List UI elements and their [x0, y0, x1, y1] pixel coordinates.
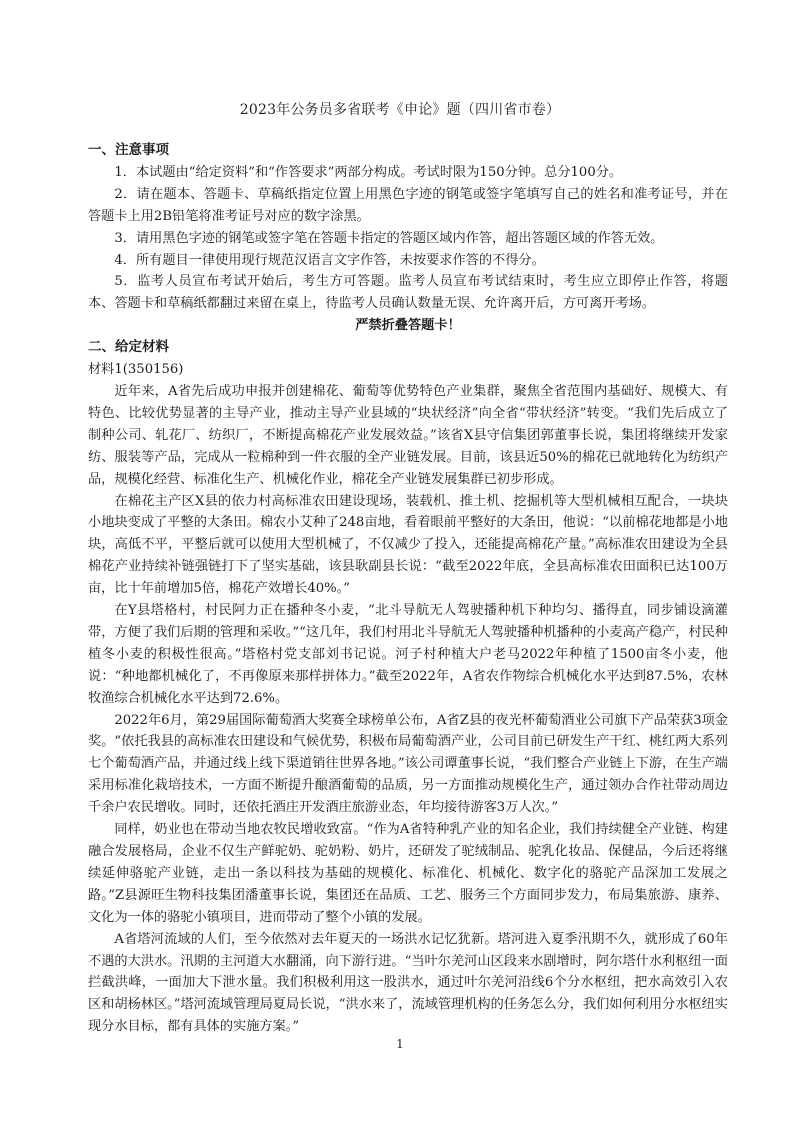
material-paragraph: 在棉花主产区X县的依力村高标准农田建设现场，装载机、推土机、挖掘机等大型机械相互…: [88, 491, 728, 601]
document-page: 2023年公务员多省联考《申论》题（四川省市卷） 一、注意事项 1．本试题由“给…: [0, 0, 800, 1131]
material-label: 材料1(350156): [88, 359, 728, 381]
notice-item: 3．请用黑色字迹的钢笔或签字笔在答题卡指定的答题区域内作答，超出答题区域的作答无…: [88, 228, 728, 250]
document-title: 2023年公务员多省联考《申论》题（四川省市卷）: [0, 99, 800, 119]
notice-item: 5．监考人员宣布考试开始后，考生方可答题。监考人员宣布考试结束时，考生应立即停止…: [88, 271, 728, 315]
warning-text: 严禁折叠答题卡！: [88, 315, 728, 337]
material-paragraph: 同样，奶业也在带动当地农牧民增收致富。“作为A省特种乳产业的知名企业，我们持续健…: [88, 819, 728, 929]
notice-item: 2．请在题本、答题卡、草稿纸指定位置上用黑色字迹的钢笔或签字笔填写自己的姓名和准…: [88, 184, 728, 228]
page-number: 1: [0, 1037, 800, 1051]
document-body: 一、注意事项 1．本试题由“给定资料”和“作答要求”两部分构成。考试时限为150…: [88, 140, 728, 1038]
material-paragraph: 近年来，A省先后成功申报并创建棉花、葡萄等优势特色产业集群，聚焦全省范围内基础好…: [88, 381, 728, 491]
section-heading-notice: 一、注意事项: [88, 140, 728, 162]
notice-item: 4．所有题目一律使用现行规范汉语言文字作答，未按要求作答的不得分。: [88, 250, 728, 272]
material-paragraph: A省塔河流域的人们，至今依然对去年夏天的一场洪水记忆犹新。塔河进入夏季汛期不久，…: [88, 929, 728, 1039]
material-paragraph: 在Y县塔格村，村民阿力正在播种冬小麦，“北斗导航无人驾驶播种机下种均匀、播得直，…: [88, 600, 728, 710]
section-heading-materials: 二、给定材料: [88, 337, 728, 359]
material-paragraph: 2022年6月，第29届国际葡萄酒大奖赛全球榜单公布，A省Z县的夜光杯葡萄酒业公…: [88, 710, 728, 820]
notice-item: 1．本试题由“给定资料”和“作答要求”两部分构成。考试时限为150分钟。总分10…: [88, 162, 728, 184]
